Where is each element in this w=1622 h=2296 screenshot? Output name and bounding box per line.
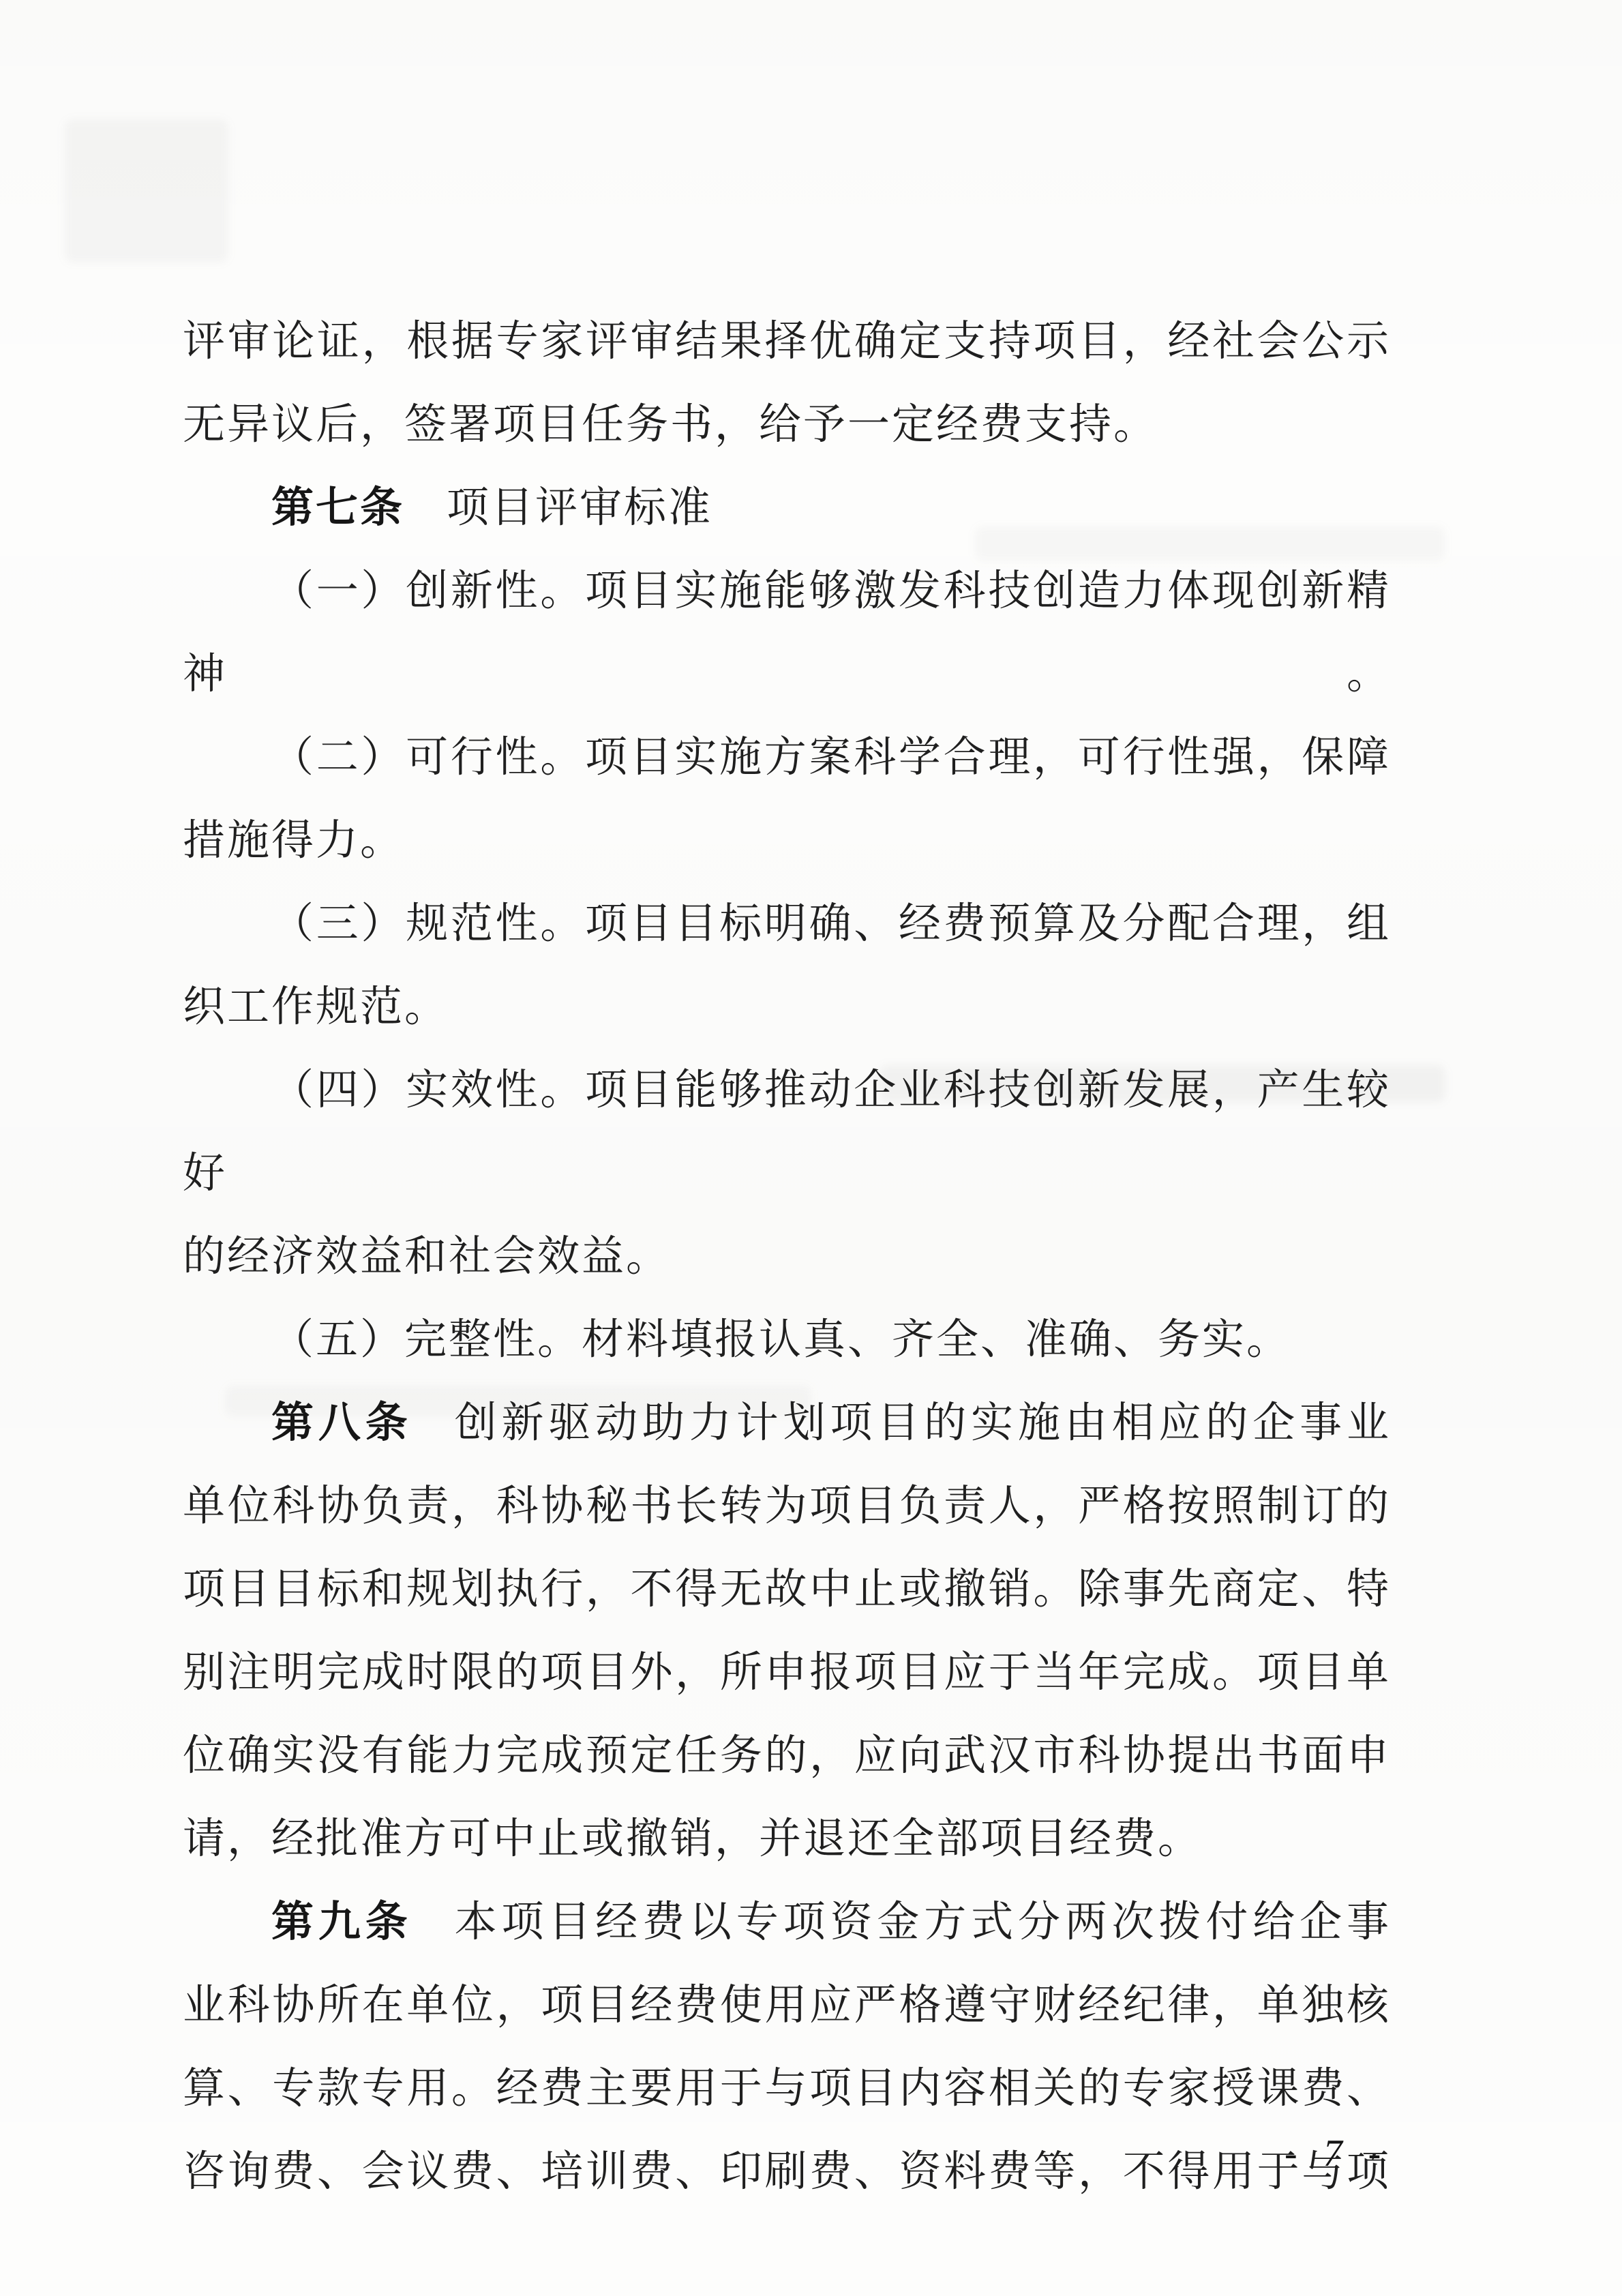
text-line: 织工作规范。 — [183, 966, 1391, 1049]
line-text: （四）实效性。项目能够推动企业科技创新发展，产生较好 — [183, 1067, 1391, 1197]
text-line: 咨询费、会议费、培训费、印刷费、资料费等，不得用于与项 — [183, 2130, 1391, 2213]
text-line-article-heading: 第九条本项目经费以专项资金方式分两次拨付给企事 — [183, 1881, 1391, 1964]
article-term: 第八条 — [271, 1399, 412, 1446]
text-line: （四）实效性。项目能够推动企业科技创新发展，产生较好 — [183, 1049, 1391, 1215]
line-text: （二）可行性。项目实施方案科学合理，可行性强，保障 — [271, 734, 1391, 781]
scan-bleed-artifact — [65, 119, 228, 263]
line-text: 项目目标和规划执行，不得无故中止或撤销。除事先商定、特 — [183, 1566, 1391, 1613]
line-text: （三）规范性。项目目标明确、经费预算及分配合理，组 — [271, 901, 1391, 947]
text-line: 算、专款专用。经费主要用于与项目内容相关的专家授课费、 — [183, 2047, 1391, 2130]
text-line: 请，经批准方可中止或撤销，并退还全部项目经费。 — [183, 1798, 1391, 1881]
line-text: 评审论证，根据专家评审结果择优确定支持项目，经社会公示 — [183, 318, 1391, 365]
page-number: - 7 - — [1285, 2132, 1389, 2175]
text-line: （三）规范性。项目目标明确、经费预算及分配合理，组 — [183, 882, 1391, 966]
text-line-article-heading: 第七条项目评审标准 — [183, 466, 1391, 550]
line-text: 别注明完成时限的项目外，所申报项目应于当年完成。项目单 — [183, 1650, 1391, 1696]
line-text: 措施得力。 — [183, 818, 404, 864]
text-line: 评审论证，根据专家评审结果择优确定支持项目，经社会公示 — [183, 300, 1391, 383]
line-text: 单位科协负责，科协秘书长转为项目负责人，严格按照制订的 — [183, 1483, 1391, 1530]
line-text: 的经济效益和社会效益。 — [183, 1234, 670, 1280]
line-text: （一）创新性。项目实施能够激发科技创造力体现创新精神。 — [183, 568, 1391, 698]
line-text: 业科协所在单位，项目经费使用应严格遵守财经纪律，单独核 — [183, 1982, 1391, 2029]
line-text: 请，经批准方可中止或撤销，并退还全部项目经费。 — [183, 1816, 1202, 1862]
text-line: 措施得力。 — [183, 799, 1391, 882]
line-text: 项目评审标准 — [447, 485, 712, 531]
text-line: 位确实没有能力完成预定任务的，应向武汉市科协提出书面申 — [183, 1714, 1391, 1798]
line-text: 织工作规范。 — [183, 984, 449, 1030]
text-line: 单位科协负责，科协秘书长转为项目负责人，严格按照制订的 — [183, 1465, 1391, 1548]
text-line: （二）可行性。项目实施方案科学合理，可行性强，保障 — [183, 716, 1391, 799]
text-line: （一）创新性。项目实施能够激发科技创造力体现创新精神。 — [183, 550, 1391, 716]
text-line: 的经济效益和社会效益。 — [183, 1215, 1391, 1298]
text-line: 别注明完成时限的项目外，所申报项目应于当年完成。项目单 — [183, 1631, 1391, 1714]
line-text: 位确实没有能力完成预定任务的，应向武汉市科协提出书面申 — [183, 1733, 1391, 1779]
text-line: 无异议后，签署项目任务书，给予一定经费支持。 — [183, 383, 1391, 466]
line-text: 算、专款专用。经费主要用于与项目内容相关的专家授课费、 — [183, 2066, 1391, 2112]
text-line: 业科协所在单位，项目经费使用应严格遵守财经纪律，单独核 — [183, 1964, 1391, 2047]
text-line: 项目目标和规划执行，不得无故中止或撤销。除事先商定、特 — [183, 1548, 1391, 1631]
line-text: 本项目经费以专项资金方式分两次拨付给企事 — [455, 1899, 1391, 1945]
line-text: 无异议后，签署项目任务书，给予一定经费支持。 — [183, 402, 1158, 448]
document-body: 评审论证，根据专家评审结果择优确定支持项目，经社会公示 无异议后，签署项目任务书… — [183, 300, 1391, 2213]
line-text: （五）完整性。材料填报认真、齐全、准确、务实。 — [271, 1317, 1291, 1363]
article-term: 第七条 — [271, 484, 404, 531]
text-line: （五）完整性。材料填报认真、齐全、准确、务实。 — [183, 1298, 1391, 1382]
text-line-article-heading: 第八条创新驱动助力计划项目的实施由相应的企事业 — [183, 1382, 1391, 1465]
scanned-page: 评审论证，根据专家评审结果择优确定支持项目，经社会公示 无异议后，签署项目任务书… — [0, 0, 1622, 2296]
line-text: 咨询费、会议费、培训费、印刷费、资料费等，不得用于与项 — [183, 2149, 1391, 2195]
line-text: 创新驱动助力计划项目的实施由相应的企事业 — [455, 1400, 1391, 1446]
article-term: 第九条 — [271, 1898, 412, 1945]
